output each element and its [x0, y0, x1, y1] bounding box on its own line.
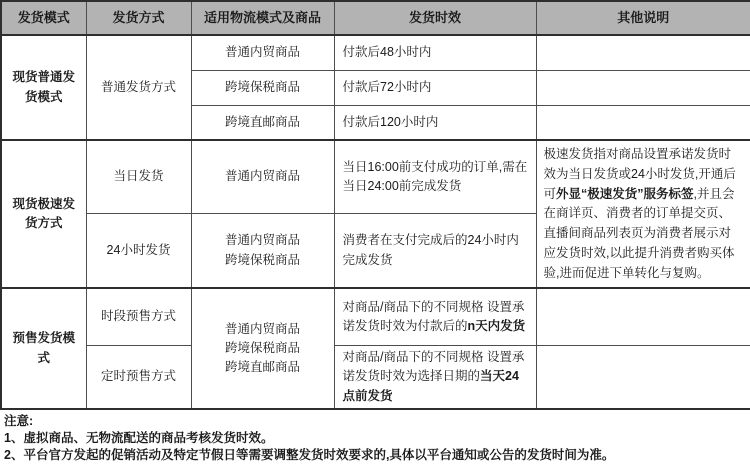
header-cell-sla: 发货时效: [334, 1, 536, 35]
other-notes-empty-cell: [536, 35, 750, 70]
sla-cell: 付款后120小时内: [334, 105, 536, 140]
sla-cell: 对商品/商品下的不同规格 设置承诺发货时效为付款后的n天内发货: [334, 288, 536, 345]
table-row: 预售发货模式 时段预售方式 普通内贸商品 跨境保税商品 跨境直邮商品 对商品/商…: [1, 288, 750, 345]
sla-cell: 付款后48小时内: [334, 35, 536, 70]
goods-cell: 跨境保税商品: [191, 70, 334, 105]
method-cell: 时段预售方式: [86, 288, 191, 345]
method-cell: 定时预售方式: [86, 345, 191, 409]
sla-cell: 付款后72小时内: [334, 70, 536, 105]
footnotes: 注意: 1、虚拟商品、无物流配送的商品考核发货时效。 2、平台官方发起的促销活动…: [0, 410, 750, 465]
other-notes-empty-cell: [536, 105, 750, 140]
note-text-bold: 外显“极速发货”服务标签: [556, 187, 694, 201]
other-notes-cell-speed: 极速发货指对商品设置承诺发货时效为当日发货或24小时发货,开通后可外显“极速发货…: [536, 140, 750, 288]
footnote-item: 2、平台官方发起的促销活动及特定节假日等需要调整发货时效要求的,具体以平台通知或…: [4, 447, 744, 464]
table-row: 定时预售方式 对商品/商品下的不同规格 设置承诺发货时效为选择日期的当天24点前…: [1, 345, 750, 409]
other-notes-empty-cell: [536, 288, 750, 345]
other-notes-empty-cell: [536, 345, 750, 409]
sla-text-bold: n天内发货: [468, 319, 526, 333]
method-cell: 24小时发货: [86, 214, 191, 289]
header-cell-method: 发货方式: [86, 1, 191, 35]
sla-cell: 当日16:00前支付成功的订单,需在当日24:00前完成发货: [334, 140, 536, 214]
goods-cell: 普通内贸商品: [191, 35, 334, 70]
mode-cell-presale: 预售发货模式: [1, 288, 86, 409]
table-row: 现货极速发货方式 当日发货 普通内贸商品 当日16:00前支付成功的订单,需在当…: [1, 140, 750, 214]
method-cell-normal: 普通发货方式: [86, 35, 191, 140]
header-cell-goods: 适用物流模式及商品: [191, 1, 334, 35]
table-header: 发货模式 发货方式 适用物流模式及商品 发货时效 其他说明: [1, 1, 750, 35]
method-cell: 当日发货: [86, 140, 191, 214]
shipping-modes-table: 发货模式 发货方式 适用物流模式及商品 发货时效 其他说明 现货普通发货模式 普…: [0, 0, 750, 410]
goods-cell: 普通内贸商品 跨境保税商品: [191, 214, 334, 289]
sla-cell: 对商品/商品下的不同规格 设置承诺发货时效为选择日期的当天24点前发货: [334, 345, 536, 409]
goods-cell: 普通内贸商品: [191, 140, 334, 214]
footnotes-title: 注意:: [4, 413, 744, 430]
table-row: 现货普通发货模式 普通发货方式 普通内贸商品 付款后48小时内: [1, 35, 750, 70]
header-cell-notes: 其他说明: [536, 1, 750, 35]
sla-cell: 消费者在支付完成后的24小时内完成发货: [334, 214, 536, 289]
mode-cell-normal: 现货普通发货模式: [1, 35, 86, 140]
mode-cell-speed: 现货极速发货方式: [1, 140, 86, 288]
goods-cell: 跨境直邮商品: [191, 105, 334, 140]
goods-cell-presale: 普通内贸商品 跨境保税商品 跨境直邮商品: [191, 288, 334, 409]
header-row: 发货模式 发货方式 适用物流模式及商品 发货时效 其他说明: [1, 1, 750, 35]
header-cell-mode: 发货模式: [1, 1, 86, 35]
footnote-item: 1、虚拟商品、无物流配送的商品考核发货时效。: [4, 430, 744, 447]
other-notes-empty-cell: [536, 70, 750, 105]
